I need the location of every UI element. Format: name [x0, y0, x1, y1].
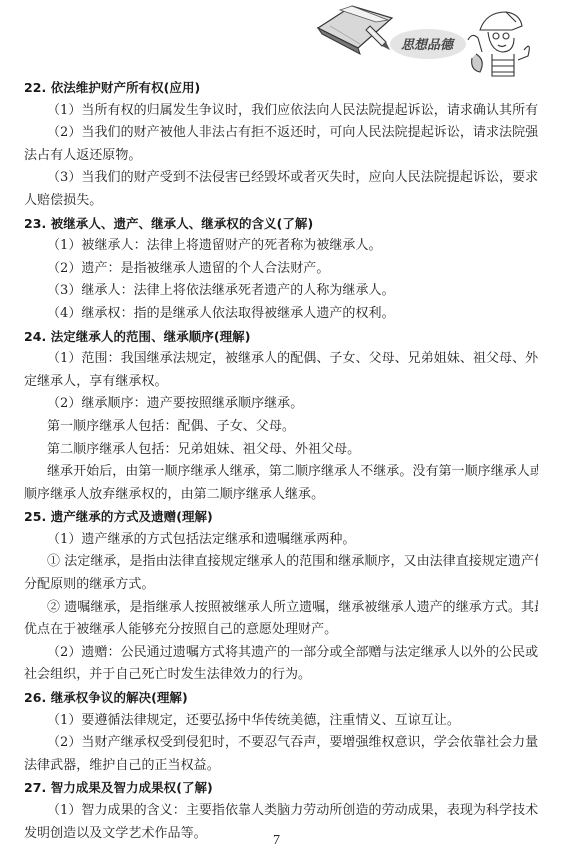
paragraph-line: （1）要遵循法律规定，还要弘扬中华传统美德，注重情义、互谅互让。: [24, 710, 538, 733]
cartoon-student-icon: [468, 12, 529, 76]
paragraph-line: （2）继承顺序：遗产要按照继承顺序继承。: [24, 393, 538, 416]
paragraph-line: 分配原则的继承方式。: [24, 574, 538, 597]
paragraph-line: （1）智力成果的含义：主要指依靠人类脑力劳动所创造的劳动成果，表现为科学技术成就…: [24, 800, 538, 823]
paragraph-line: 人赔偿损失。: [24, 190, 538, 213]
section-heading: 26. 继承权争议的解决(理解): [24, 687, 538, 710]
paragraph-line: （2）当我们的财产被他人非法占有拒不返还时，可向人民法院提起诉讼，请求法院强令不: [24, 122, 538, 145]
paragraph-line: 第一顺序继承人包括：配偶、子女、父母。: [24, 416, 538, 439]
paragraph-line: （1）遗产继承的方式包括法定继承和遗嘱继承两种。: [24, 529, 538, 552]
section-heading: 22. 依法维护财产所有权(应用): [24, 77, 538, 100]
paragraph-line: 定继承人，享有继承权。: [24, 371, 538, 394]
subject-header-banner: 思想品德: [300, 0, 561, 80]
paragraph-line: （3）当我们的财产受到不法侵害已经毁坏或者灭失时，应向人民法院提起诉讼，要求侵权: [24, 167, 538, 190]
paragraph-line: （2）遗产：是指被继承人遗留的个人合法财产。: [24, 258, 538, 281]
document-body: 22. 依法维护财产所有权(应用) （1）当所有权的归属发生争议时，我们应依法向…: [24, 77, 538, 845]
section-heading: 25. 遗产继承的方式及遗赠(理解): [24, 506, 538, 529]
page-number: 7: [273, 833, 280, 849]
paragraph-line: 发明创造以及文学艺术作品等。: [24, 823, 538, 846]
paragraph-line: 第二顺序继承人包括：兄弟姐妹、祖父母、外祖父母。: [24, 439, 538, 462]
paragraph-line: （2）当财产继承权受到侵犯时，不要忍气吞声，要增强维权意识，学会依靠社会力量，运…: [24, 732, 538, 755]
open-book-icon: [318, 6, 392, 54]
subject-label: 思想品德: [401, 37, 456, 53]
paragraph-line: 法律武器，维护自己的正当权益。: [24, 755, 538, 778]
paragraph-line: 社会组织，并于自己死亡时发生法律效力的行为。: [24, 664, 538, 687]
paragraph-line: （3）继承人：法律上将依法继承死者遗产的人称为继承人。: [24, 280, 538, 303]
paragraph-line: 法占有人返还原物。: [24, 145, 538, 168]
paragraph-line: ① 法定继承，是指由法律直接规定继承人的范围和继承顺序，又由法律直接规定遗产份额: [24, 551, 538, 574]
paragraph-line: （4）继承权：指的是继承人依法取得被继承人遗产的权利。: [24, 303, 538, 326]
paragraph-line: 顺序继承人放弃继承权的，由第二顺序继承人继承。: [24, 484, 538, 507]
paragraph-line: （1）当所有权的归属发生争议时，我们应依法向人民法院提起诉讼，请求确认其所有权。: [24, 100, 538, 123]
section-heading: 23. 被继承人、遗产、继承人、继承权的含义(了解): [24, 213, 538, 236]
paragraph-line: ② 遗嘱继承，是指继承人按照被继承人所立遗嘱，继承被继承人遗产的继承方式。其最大: [24, 597, 538, 620]
header-illustration: 思想品德: [300, 0, 561, 80]
section-heading: 24. 法定继承人的范围、继承顺序(理解): [24, 326, 538, 349]
section-heading: 27. 智力成果及智力成果权(了解): [24, 777, 538, 800]
paragraph-line: 优点在于被继承人能够充分按照自己的意愿处理财产。: [24, 619, 538, 642]
paragraph-line: （1）范围：我国继承法规定，被继承人的配偶、子女、父母、兄弟姐妹、祖父母、外祖父…: [24, 348, 538, 371]
paragraph-line: （1）被继承人：法律上将遗留财产的死者称为被继承人。: [24, 235, 538, 258]
paragraph-line: （2）遗赠：公民通过遗嘱方式将其遗产的一部分或全部赠与法定继承人以外的公民或者: [24, 642, 538, 665]
paragraph-line: 继承开始后，由第一顺序继承人继承，第二顺序继承人不继承。没有第一顺序继承人或第一: [24, 461, 538, 484]
